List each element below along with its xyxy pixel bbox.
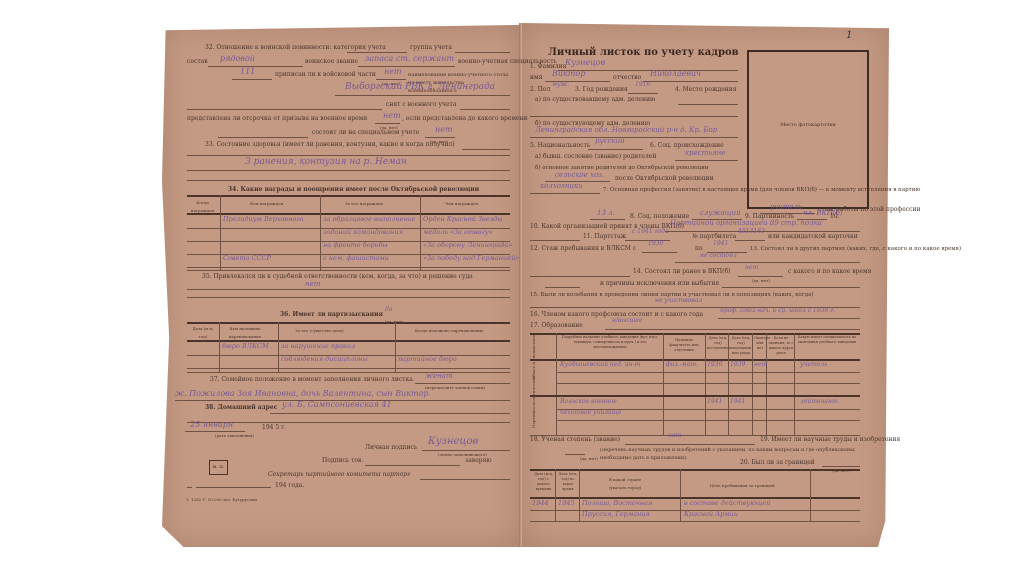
birthplace-label: 4. Место рождения xyxy=(675,86,737,94)
table-cell: бюро ВЛКСМ xyxy=(222,342,269,350)
abroad-col-header: Дата (м-ц, год) по какое время xyxy=(557,472,579,492)
first-name-label: имя xyxy=(530,74,542,82)
table-cell: учитель xyxy=(800,361,827,368)
table-cell: 1941 xyxy=(707,398,722,405)
table-cell: Совета СССР xyxy=(223,254,271,262)
deferment-until-label: , если представлена до какого времени xyxy=(402,115,528,123)
sex-value: муж. xyxy=(552,81,569,88)
special-value: нет xyxy=(435,125,453,134)
rank-label: воинское звание xyxy=(305,58,358,66)
edu-col-header: Дата (м-ц, год) поступления xyxy=(707,336,729,351)
date-filled-hint: (дата заполнения) xyxy=(215,432,254,440)
social-status-value: служащий xyxy=(700,209,741,217)
deferment-label: представлена ли отсрочка от призыва на в… xyxy=(187,115,367,123)
birth-year-value: 1916 xyxy=(635,81,650,88)
other-parties-label: 13. Состоял ли в других партиях (каких, … xyxy=(750,245,961,253)
secretary-label: Секретарь партийного комитета парторг xyxy=(268,471,410,479)
table-cell: за образцовое выполнение xyxy=(323,215,416,223)
q35-value: нет xyxy=(305,280,320,288)
q36-col-header: За что (существо дела) xyxy=(295,327,344,335)
year-line: 194 года. xyxy=(275,482,304,490)
komsomol-from: 1930 xyxy=(648,240,663,247)
table-cell: 1939 xyxy=(730,361,745,368)
edu-col-header: Подробное название учебного заведения (в… xyxy=(560,335,660,350)
table-cell: на фронте борьбы xyxy=(323,241,388,249)
table-cell: пехотное училище xyxy=(560,409,621,416)
q36-title: 36. Имеет ли партвзыскания xyxy=(280,311,383,319)
q36-col-header: Когда наложено партвзыскание xyxy=(415,327,483,335)
surname-value: Кузнецов xyxy=(565,58,605,67)
special-label: состоит ли на специальном учете xyxy=(312,129,419,137)
deferment-value: нет xyxy=(383,111,401,120)
table-cell: Пруссия, Германия xyxy=(582,510,650,518)
certify-suffix: заверяю xyxy=(465,457,492,465)
works-label: 19. Имеет ли научные труды и изобретения xyxy=(760,436,900,444)
table-cell: нет xyxy=(754,361,767,368)
experience-value: 13 л. xyxy=(597,209,615,217)
edu-col-header: Окончил или нет xyxy=(754,336,766,351)
table-cell: с нем. фашистами xyxy=(323,254,389,262)
office-value: Выборгский РВК г. Ленинграда xyxy=(345,82,495,92)
prev-vkp-suffix: с какого и по какое время xyxy=(788,268,871,276)
q37-value: женат xyxy=(425,372,453,380)
social-origin-a-value: крестьяне xyxy=(685,149,726,157)
q10-number: 10. xyxy=(830,213,840,221)
q33-label: 33. Состояние здоровья (имеет ли ранения… xyxy=(205,141,455,149)
q34-col-header: Чем награжден xyxy=(445,200,478,208)
works-hint: (да, нет) xyxy=(580,455,598,463)
table-cell: партийное бюро xyxy=(398,355,457,363)
birth-year-label: 3. Год рождения xyxy=(575,86,628,94)
degree-label: 18. Ученая степень (звание) xyxy=(530,436,620,444)
abroad-col-header: В какой стране (указать город) xyxy=(600,476,650,492)
education-value: н/высшее xyxy=(612,317,643,324)
degree-value: нет xyxy=(668,432,681,439)
q33-value: 3 ранения, контузия на р. Неман xyxy=(245,157,407,167)
prev-vkp-hint: (да, нет) xyxy=(752,277,770,285)
exclusion-reason-label: и причины исключения или выбытия xyxy=(600,280,719,288)
table-cell: медаль «За отвагу» xyxy=(423,228,493,236)
table-cell: за нарушение правил xyxy=(281,342,355,350)
abroad-col-header: Цель пребывания за границей xyxy=(710,482,775,490)
table-cell: лейтенант xyxy=(800,398,838,405)
party-card-suffix: или кандидатской карточки xyxy=(768,233,858,241)
social-origin-a-label: а) бывш. сословие (звание) родителей xyxy=(535,153,656,161)
q32-label: 32. Отношение к воинской повинности: кат… xyxy=(205,44,386,52)
abroad-col-header: Дата (м-ц, год) с какого времени xyxy=(532,472,555,492)
q37-label: 37. Семейное положение в момент заполнен… xyxy=(210,376,413,384)
q34-col-header: Кем награжден xyxy=(250,200,283,208)
table-cell: «За оборону Ленинграда» xyxy=(423,241,512,249)
signature-label: Личная подпись xyxy=(365,444,417,452)
date-filled-value: 25 января xyxy=(190,420,233,429)
table-cell: «За победу над Германией» xyxy=(423,254,519,262)
q38-label: 38. Домашний адрес xyxy=(205,404,277,412)
unit-label: приписан ли к войсковой части xyxy=(275,71,376,79)
q34-col-header: За что награжден xyxy=(345,200,383,208)
stamp-box: м. п. xyxy=(209,460,228,475)
q35-label: 35. Привлекался ли к судебной ответствен… xyxy=(202,273,473,281)
first-name-value: Виктор xyxy=(552,69,585,78)
party-tenure-value: с 1941 года xyxy=(632,228,668,235)
nationality-value: русский xyxy=(595,137,625,145)
table-cell: физ.-мат. xyxy=(666,361,698,368)
sex-label: 2. Пол xyxy=(530,86,550,94)
nationality-label: 5. Национальность xyxy=(530,142,590,150)
table-cell: 1936 xyxy=(707,361,722,368)
table-cell: Красной Армии xyxy=(684,510,738,518)
rank-value: запаса ст. сержант xyxy=(365,54,454,63)
printer-mark: З. 1262 Т. 10.000 экз. Бугуруслан xyxy=(186,496,257,504)
table-cell: Орден Красной Звезды xyxy=(423,215,503,223)
prev-vkp-value: нет xyxy=(745,264,758,271)
q34-title: 34. Какие награды и поощрения имеет посл… xyxy=(228,186,479,194)
removed-label: снят с военного учета xyxy=(386,101,456,109)
certify-label: Подпись тов. xyxy=(322,457,363,465)
vus-value: 111 xyxy=(240,67,255,76)
profession-value: учитель xyxy=(770,203,802,211)
table-cell: Польша, Восточная xyxy=(582,499,652,507)
q38-value: ул. Б. Сампсониевская 41 xyxy=(282,400,392,409)
group-label: группа учета xyxy=(410,44,452,52)
komsomol-to: 1941 xyxy=(713,240,728,247)
works-detail: (перечень научных трудов и изобретений с… xyxy=(600,446,860,462)
q36-col-header: Дата (м-ц, год) xyxy=(190,325,216,341)
form-title: Личный листок по учету кадров xyxy=(548,47,739,58)
page-number: 1 xyxy=(846,30,852,41)
table-cell: 1941 xyxy=(730,398,745,405)
other-parties-value: не состоял xyxy=(700,252,737,259)
prev-vkp-label: 14. Состоял ли ранее в ВКП(б) xyxy=(633,268,730,276)
table-cell: заданий командования xyxy=(323,228,403,236)
staff-value: рядовой xyxy=(220,54,255,63)
table-cell: в составе действующей xyxy=(684,499,771,507)
photo-label: Место фотокарточки xyxy=(749,122,867,129)
date-filled-year: 194 5 г. xyxy=(262,424,286,432)
accepted-by-value: Партийной организацией 89 стр. полка xyxy=(670,219,822,227)
party-tenure-label: 11. Партстаж xyxy=(583,233,626,241)
komsomol-label: 12. Стаж пребывания в ВЛКСМ с xyxy=(530,245,636,253)
patronymic-value: Николаевич xyxy=(650,69,701,78)
staff-label: состав xyxy=(187,58,208,66)
edu-section-party: Партийно-политическое xyxy=(530,400,538,428)
social-origin-b-value: сельское хоз. xyxy=(555,171,604,179)
q36-value: да xyxy=(385,306,392,313)
table-cell: Вольское военное xyxy=(560,398,617,405)
after-revolution-label: после Октябрьской революции xyxy=(615,175,714,183)
table-cell: 1944 xyxy=(532,499,549,507)
table-cell: 1945 xyxy=(558,499,575,507)
party-card-value: 4513183 xyxy=(738,228,765,235)
edu-col-header: Какую имеет специальность по окончании у… xyxy=(796,335,858,345)
page-fold xyxy=(519,23,522,547)
q36-col-header: Кем наложено партвзыскание xyxy=(225,325,265,341)
profession-label: 7. Основная профессия (занятие) в настоя… xyxy=(603,186,920,194)
after-revolution-value: колхозники xyxy=(540,182,583,190)
birthplace-b-value: Ленинградская обл. Новгородский р-н д. К… xyxy=(535,126,717,134)
q37-family: ж. Пожилова Зоя Ивановна, дочь Валентина… xyxy=(175,389,429,398)
edu-col-header: Если не окончил, то с какого курса ушел xyxy=(768,336,794,356)
birthplace-a-label: а) по существовавшему адм. делению xyxy=(535,96,655,104)
table-cell: соблюдения дисциплины xyxy=(281,355,368,363)
education-label: 17. Образование xyxy=(530,322,583,330)
unit-value: нет xyxy=(384,67,402,76)
edu-col-header: Дата (м-ц, год) окончания или ухода xyxy=(730,336,752,356)
opposition-value: не участвовал xyxy=(655,297,702,304)
abroad-label: 20. Был ли за границей xyxy=(740,459,815,467)
signature-value: Кузнецов xyxy=(428,436,478,447)
edu-col-header: Название факультета или отделения xyxy=(665,338,703,353)
table-cell: Куйбышевский пед. ин-т xyxy=(560,361,640,368)
table-cell: Президиум Верховного xyxy=(223,215,303,223)
q37-hint: (перечислить членов семьи) xyxy=(425,384,485,392)
union-value: проф. союз нач. и ср. школ с 1938 г. xyxy=(720,307,835,314)
